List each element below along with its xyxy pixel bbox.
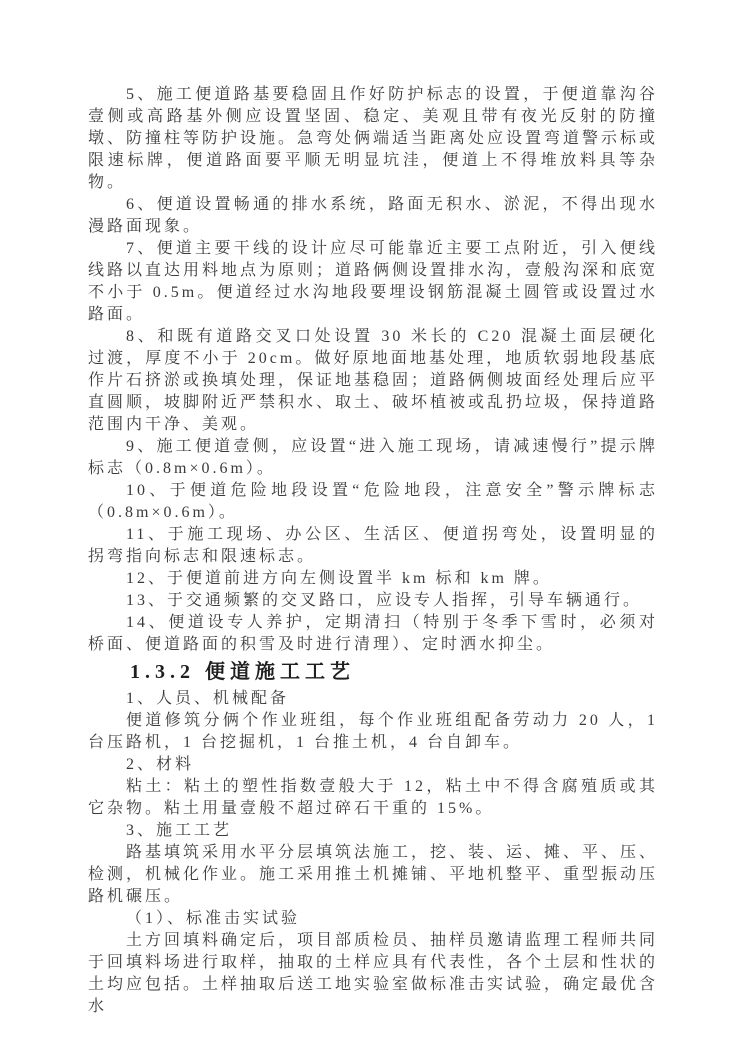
paragraph-9-slowdown-sign: 9、施工便道壹侧，应设置“进入施工现场，请减速慢行”提示牌标志（0.8m×0.6… [88,436,658,480]
subhead-1-compaction-test: （1）、标准击实试验 [88,908,658,930]
paragraph-10-danger-sign: 10、于便道危险地段设置“危险地段，注意安全”警示牌标志（0.8m×0.6m）。 [88,480,658,524]
subhead-3-construction-process: 3、施工工艺 [88,820,658,842]
paragraph-6-drainage-system: 6、便道设置畅通的排水系统，路面无积水、淤泥，不得出现水漫路面现象。 [88,194,658,238]
document-page: 5、施工便道路基要稳固且作好防护标志的设置，于便道靠沟谷壹侧或高路基外侧应设置坚… [0,0,744,1052]
paragraph-14-road-maintenance: 14、便道设专人养护，定期清扫（特别于冬季下雪时，必须对桥面、便道路面的积雪及时… [88,612,658,656]
document-content: 5、施工便道路基要稳固且作好防护标志的设置，于便道靠沟谷壹侧或高路基外侧应设置坚… [88,84,658,1018]
paragraph-5-roadbed-protection: 5、施工便道路基要稳固且作好防护标志的设置，于便道靠沟谷壹侧或高路基外侧应设置坚… [88,84,658,194]
paragraph-11-turn-signs: 11、于施工现场、办公区、生活区、便道拐弯处，设置明显的拐弯指向标志和限速标志。 [88,524,658,568]
paragraph-crew-equipment: 便道修筑分俩个作业班组，每个作业班组配备劳动力 20 人，1 台压路机，1 台挖… [88,710,658,754]
paragraph-roadbed-filling: 路基填筑采用水平分层填筑法施工，挖、装、运、摊、平、压、检测，机械化作业。施工采… [88,842,658,908]
paragraph-clay-requirements: 粘土：粘土的塑性指数壹般大于 12，粘土中不得含腐殖质或其它杂物。粘土用量壹般不… [88,776,658,820]
paragraph-12-km-markers: 12、于便道前进方向左侧设置半 km 标和 km 牌。 [88,568,658,590]
paragraph-8-intersection-hardening: 8、和既有道路交叉口处设置 30 米长的 C20 混凝土面层硬化过渡，厚度不小于… [88,326,658,436]
subhead-1-personnel-machinery: 1、人员、机械配备 [88,688,658,710]
section-heading-1-3-2: 1.3.2 便道施工工艺 [88,658,658,686]
subhead-2-materials: 2、材料 [88,754,658,776]
paragraph-soil-sampling: 土方回填料确定后，项目部质检员、抽样员邀请监理工程师共同于回填料场进行取样，抽取… [88,930,658,1018]
paragraph-7-mainline-design: 7、便道主要干线的设计应尽可能靠近主要工点附近，引入便线线路以直达用料地点为原则… [88,238,658,326]
paragraph-13-traffic-direction: 13、于交通频繁的交叉路口，应设专人指挥，引导车辆通行。 [88,590,658,612]
